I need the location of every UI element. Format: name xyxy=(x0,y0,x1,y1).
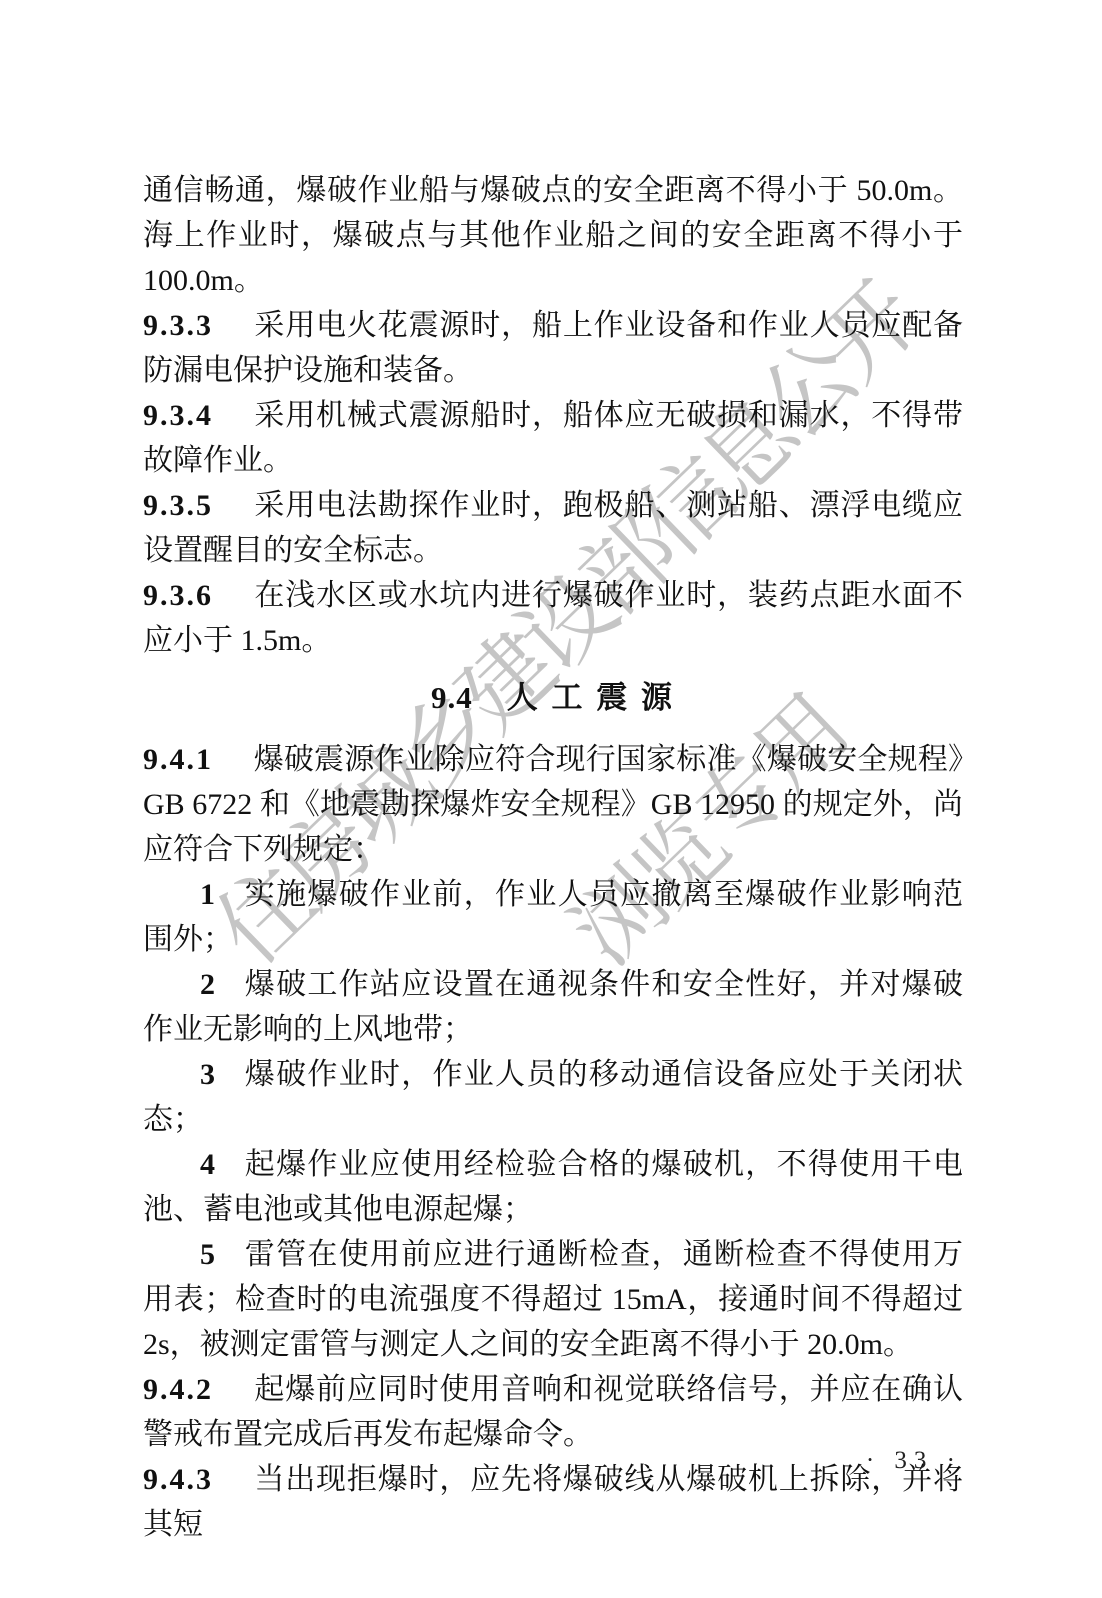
clause-9-4-2: 9.4.2起爆前应同时使用音响和视觉联络信号，并应在确认警戒布置完成后再发布起爆… xyxy=(143,1367,963,1457)
paragraph-continuation: 通信畅通，爆破作业船与爆破点的安全距离不得小于 50.0m。海上作业时，爆破点与… xyxy=(143,168,963,303)
clause-9-3-6: 9.3.6在浅水区或水坑内进行爆破作业时，装药点距水面不应小于 1.5m。 xyxy=(143,573,963,663)
clause-number: 9.4.1 xyxy=(143,743,213,776)
item-text: 起爆作业应使用经检验合格的爆破机，不得使用干电池、蓄电池或其他电源起爆； xyxy=(143,1148,963,1226)
list-item-4: 4起爆作业应使用经检验合格的爆破机，不得使用干电池、蓄电池或其他电源起爆； xyxy=(143,1142,963,1232)
list-item-2: 2爆破工作站应设置在通视条件和安全性好，并对爆破作业无影响的上风地带； xyxy=(143,962,963,1052)
clause-number: 9.4.2 xyxy=(143,1373,213,1406)
clause-text: 采用机械式震源船时，船体应无破损和漏水，不得带故障作业。 xyxy=(143,399,963,477)
clause-9-4-3: 9.4.3当出现拒爆时，应先将爆破线从爆破机上拆除，并将其短 xyxy=(143,1457,963,1547)
page-number: · 33 · xyxy=(866,1447,962,1475)
item-number: 3 xyxy=(200,1058,215,1091)
clause-text: 采用电火花震源时，船上作业设备和作业人员应配备防漏电保护设施和装备。 xyxy=(143,309,963,387)
document-page: 住房城乡建设部信息公开 浏览专用 通信畅通，爆破作业船与爆破点的安全距离不得小于… xyxy=(0,0,1102,1598)
clause-number: 9.3.5 xyxy=(143,489,213,522)
clause-text: 在浅水区或水坑内进行爆破作业时，装药点距水面不应小于 1.5m。 xyxy=(143,579,963,657)
list-item-1: 1实施爆破作业前，作业人员应撤离至爆破作业影响范围外； xyxy=(143,872,963,962)
clause-number: 9.3.3 xyxy=(143,309,213,342)
section-heading-9-4: 9.4人 工 震 源 xyxy=(143,675,963,721)
clause-text: 当出现拒爆时，应先将爆破线从爆破机上拆除，并将其短 xyxy=(143,1463,963,1541)
clause-9-3-3: 9.3.3采用电火花震源时，船上作业设备和作业人员应配备防漏电保护设施和装备。 xyxy=(143,303,963,393)
clause-9-3-5: 9.3.5采用电法勘探作业时，跑极船、测站船、漂浮电缆应设置醒目的安全标志。 xyxy=(143,483,963,573)
item-text: 爆破工作站应设置在通视条件和安全性好，并对爆破作业无影响的上风地带； xyxy=(143,968,963,1046)
list-item-3: 3爆破作业时，作业人员的移动通信设备应处于关闭状态； xyxy=(143,1052,963,1142)
clause-number: 9.3.6 xyxy=(143,579,213,612)
clause-number: 9.4.3 xyxy=(143,1463,213,1496)
page-content: 通信畅通，爆破作业船与爆破点的安全距离不得小于 50.0m。海上作业时，爆破点与… xyxy=(143,168,963,1547)
section-number: 9.4 xyxy=(431,680,473,715)
item-number: 1 xyxy=(200,878,215,911)
item-number: 2 xyxy=(200,968,215,1001)
list-item-5: 5雷管在使用前应进行通断检查，通断检查不得使用万用表；检查时的电流强度不得超过 … xyxy=(143,1232,963,1367)
item-text: 实施爆破作业前，作业人员应撤离至爆破作业影响范围外； xyxy=(143,878,963,956)
item-text: 爆破作业时，作业人员的移动通信设备应处于关闭状态； xyxy=(143,1058,963,1136)
paragraph-text: 通信畅通，爆破作业船与爆破点的安全距离不得小于 50.0m。海上作业时，爆破点与… xyxy=(143,174,963,297)
clause-text: 起爆前应同时使用音响和视觉联络信号，并应在确认警戒布置完成后再发布起爆命令。 xyxy=(143,1373,963,1451)
item-text: 雷管在使用前应进行通断检查，通断检查不得使用万用表；检查时的电流强度不得超过 1… xyxy=(143,1238,963,1361)
clause-9-3-4: 9.3.4采用机械式震源船时，船体应无破损和漏水，不得带故障作业。 xyxy=(143,393,963,483)
clause-text: 采用电法勘探作业时，跑极船、测站船、漂浮电缆应设置醒目的安全标志。 xyxy=(143,489,963,567)
item-number: 5 xyxy=(200,1238,215,1271)
section-title: 人 工 震 源 xyxy=(507,680,675,715)
clause-number: 9.3.4 xyxy=(143,399,213,432)
clause-9-4-1: 9.4.1爆破震源作业除应符合现行国家标准《爆破安全规程》GB 6722 和《地… xyxy=(143,737,963,872)
clause-text: 爆破震源作业除应符合现行国家标准《爆破安全规程》GB 6722 和《地震勘探爆炸… xyxy=(143,743,963,866)
item-number: 4 xyxy=(200,1148,215,1181)
